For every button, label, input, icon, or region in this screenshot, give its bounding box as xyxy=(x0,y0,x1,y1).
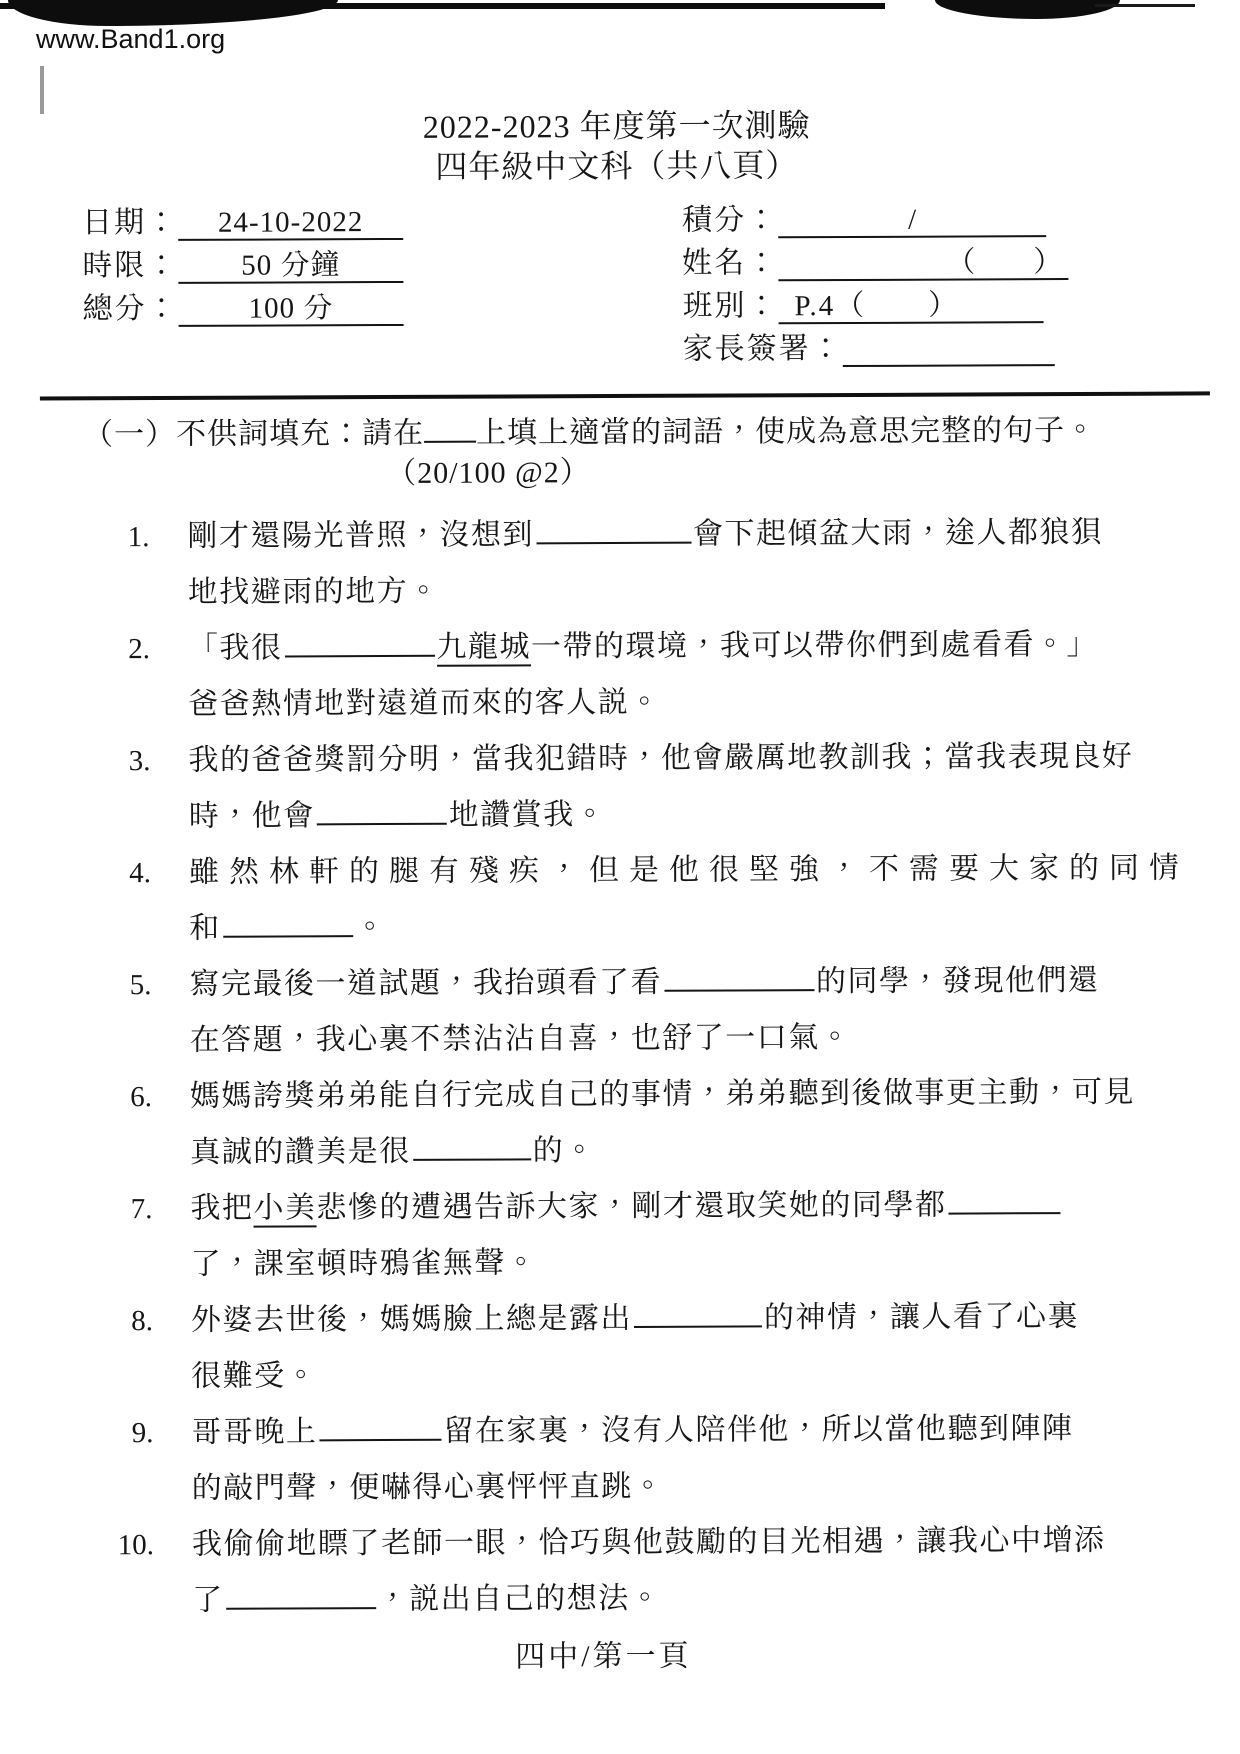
question-number: 2. xyxy=(84,621,154,733)
answer-blank-line xyxy=(634,1291,762,1328)
question-text: 我的爸爸獎罰分明，當我犯錯時，他會嚴厲地教訓我；當我表現良好 xyxy=(188,740,1133,777)
question-text: 一帶的環境，我可以帶你們到處看看。」 xyxy=(531,628,1098,663)
question-number: 1. xyxy=(83,509,153,621)
info-row-right-3: 家長簽署： xyxy=(683,322,1203,367)
question-number: 10. xyxy=(88,1517,158,1629)
question-number: 9. xyxy=(87,1405,157,1517)
info-fill-line: 100 分 xyxy=(178,288,403,327)
question-text: 我偷偷地瞟了老師一眼，恰巧與他鼓勵的目光相遇，讓我心中增添 xyxy=(192,1524,1106,1561)
question-line: 「我很九龍城一帶的環境，我可以帶你們到處看看。」 xyxy=(188,617,1098,677)
question-line: 媽媽誇獎弟弟能自行完成自己的事情，弟弟聽到後做事更主動，可見 xyxy=(190,1065,1135,1125)
info-label: 總分： xyxy=(82,283,178,327)
underlined-term: 九龍城 xyxy=(436,630,531,666)
header-info-left: 日期：24-10-2022時限：50 分鐘總分：100 分 xyxy=(82,196,603,370)
answer-blank-line xyxy=(664,955,814,992)
question-body: 外婆去世後，媽媽臉上總是露出的神情，讓人看了心裏很難受。 xyxy=(157,1289,1079,1405)
question-line: 真誠的讚美是很的。 xyxy=(190,1121,1135,1181)
question-text: 雖然林軒的腿有殘疾，但是他很堅強，不需要大家的同情 xyxy=(189,852,1189,889)
question-text: 的敲門聲，便嚇得心裏怦怦直跳。 xyxy=(192,1470,665,1505)
question-line: 外婆去世後，媽媽臉上總是露出的神情，讓人看了心裏 xyxy=(191,1289,1079,1349)
question-line: 我偷偷地瞟了老師一眼，恰巧與他鼓勵的目光相遇，讓我心中增添 xyxy=(192,1513,1106,1573)
info-label: 班別： xyxy=(682,280,778,324)
exam-paper-page: www.Band1.org 2022-2023 年度第一次測驗 四年級中文科（共… xyxy=(0,0,1240,1754)
info-row-right-0: 積分：/ xyxy=(682,193,1202,238)
underlined-term: 小美 xyxy=(253,1191,316,1227)
question-body: 「我很九龍城一帶的環境，我可以帶你們到處看看。」爸爸熱情地對遠道而來的客人説。 xyxy=(154,617,1098,733)
question-body: 我把小美悲慘的遭遇告訴大家，剛才還取笑她的同學都了，課室頓時鴉雀無聲。 xyxy=(156,1177,1062,1293)
question-line: 和。 xyxy=(189,897,1189,957)
question-list: 1.剛才還陽光普照，沒想到會下起傾盆大雨，途人都狼狽地找避雨的地方。2.「我很九… xyxy=(83,504,1208,1629)
question-number: 8. xyxy=(87,1293,157,1405)
question-text: 悲慘的遭遇告訴大家，剛才還取笑她的同學都 xyxy=(316,1189,946,1225)
question-row: 3.我的爸爸獎罰分明，當我犯錯時，他會嚴厲地教訓我；當我表現良好時，他會地讚賞我… xyxy=(84,728,1204,845)
question-text: 。 xyxy=(355,911,387,944)
question-line: 了，説出自己的想法。 xyxy=(192,1569,1106,1629)
question-body: 剛才還陽光普照，沒想到會下起傾盆大雨，途人都狼狽地找避雨的地方。 xyxy=(153,505,1102,621)
question-text: 「我很 xyxy=(188,631,283,664)
question-line: 我的爸爸獎罰分明，當我犯錯時，他會嚴厲地教訓我；當我表現良好 xyxy=(188,729,1133,789)
question-text: 的。 xyxy=(533,1134,596,1167)
question-body: 我偷偷地瞟了老師一眼，恰巧與他鼓勵的目光相遇，讓我心中增添了，説出自己的想法。 xyxy=(158,1513,1106,1629)
question-number: 6. xyxy=(86,1069,156,1181)
question-text: 寫完最後一道試題，我抬頭看了看 xyxy=(189,966,662,1001)
header-info: 日期：24-10-2022時限：50 分鐘總分：100 分 積分：/姓名：（ ）… xyxy=(0,193,1238,370)
info-fill-line: P.4（ ） xyxy=(778,285,1043,324)
section-marks: （20/100 @2） xyxy=(386,450,1238,494)
question-text: 的同學，發現他們還 xyxy=(816,964,1100,998)
question-line: 剛才還陽光普照，沒想到會下起傾盆大雨，途人都狼狽 xyxy=(187,505,1102,565)
question-row: 8.外婆去世後，媽媽臉上總是露出的神情，讓人看了心裏很難受。 xyxy=(87,1288,1207,1405)
scanned-document: 2022-2023 年度第一次測驗 四年級中文科（共八頁） 日期：24-10-2… xyxy=(0,0,1240,1754)
question-row: 5.寫完最後一道試題，我抬頭看了看的同學，發現他們還在答題，我心裏不禁沾沾自喜，… xyxy=(85,952,1205,1069)
header-info-right: 積分：/姓名：（ ）班別：P.4（ ）家長簽署： xyxy=(682,193,1203,367)
section-heading-inline-blank xyxy=(424,411,476,443)
exam-title-line1: 2022-2023 年度第一次測驗 xyxy=(0,103,1237,148)
question-number: 4. xyxy=(85,845,155,957)
info-fill-line xyxy=(843,328,1055,367)
answer-blank-line xyxy=(319,1405,441,1442)
question-row: 4.雖然林軒的腿有殘疾，但是他很堅強，不需要大家的同情和。 xyxy=(85,840,1205,957)
question-text: 在答題，我心裏不禁沾沾自喜，也舒了一口氣。 xyxy=(190,1021,852,1057)
question-body: 我的爸爸獎罰分明，當我犯錯時，他會嚴厲地教訓我；當我表現良好時，他會地讚賞我。 xyxy=(154,729,1133,845)
answer-blank-line xyxy=(317,789,447,826)
question-number: 5. xyxy=(85,957,155,1069)
question-row: 10.我偷偷地瞟了老師一眼，恰巧與他鼓勵的目光相遇，讓我心中增添了，説出自己的想… xyxy=(88,1512,1208,1629)
answer-blank-line xyxy=(536,508,691,545)
info-fill-line: 50 分鐘 xyxy=(178,245,403,284)
info-row-right-2: 班別：P.4（ ） xyxy=(682,279,1202,324)
question-text: 留在家裏，沒有人陪伴他，所以當他聽到陣陣 xyxy=(443,1412,1073,1448)
info-label: 姓名： xyxy=(682,237,778,281)
question-line: 我把小美悲慘的遭遇告訴大家，剛才還取笑她的同學都 xyxy=(190,1177,1062,1237)
question-number: 7. xyxy=(86,1181,156,1293)
info-row-left-2: 總分：100 分 xyxy=(82,282,602,327)
info-row-left-0: 日期：24-10-2022 xyxy=(82,196,602,241)
question-text: 了，課室頓時鴉雀無聲。 xyxy=(191,1246,538,1281)
question-text: 地讚賞我。 xyxy=(449,798,607,832)
question-line: 雖然林軒的腿有殘疾，但是他很堅強，不需要大家的同情 xyxy=(189,841,1189,901)
section-heading: （一）不供詞填充：請在上填上適當的詞語，使成為意思完整的句子。 xyxy=(83,407,1238,455)
answer-blank-line xyxy=(413,1124,531,1161)
question-text: 的神情，讓人看了心裏 xyxy=(764,1300,1079,1334)
answer-blank-line xyxy=(223,901,353,938)
question-text: 和 xyxy=(189,912,221,945)
info-label: 積分： xyxy=(682,194,778,238)
question-text: 了 xyxy=(192,1584,224,1617)
answer-blank-line xyxy=(226,1573,376,1610)
question-text: 哥哥晚上 xyxy=(191,1415,317,1449)
section-heading-prefix: （一）不供詞填充：請在 xyxy=(83,417,424,451)
question-body: 雖然林軒的腿有殘疾，但是他很堅強，不需要大家的同情和。 xyxy=(155,841,1189,958)
info-row-right-1: 姓名：（ ） xyxy=(682,236,1202,281)
question-number: 3. xyxy=(84,733,154,845)
question-body: 寫完最後一道試題，我抬頭看了看的同學，發現他們還在答題，我心裏不禁沾沾自喜，也舒… xyxy=(155,953,1099,1069)
section-heading-suffix: 上填上適當的詞語，使成為意思完整的句子。 xyxy=(476,414,1096,450)
info-row-left-1: 時限：50 分鐘 xyxy=(82,239,602,284)
info-label: 日期： xyxy=(82,197,178,241)
section-divider-rule xyxy=(40,391,1210,400)
question-text: 剛才還陽光普照，沒想到 xyxy=(187,518,534,553)
question-text: 媽媽誇獎弟弟能自行完成自己的事情，弟弟聽到後做事更主動，可見 xyxy=(190,1076,1135,1113)
question-text: 我把 xyxy=(190,1192,253,1225)
info-fill-line: （ ） xyxy=(778,242,1068,281)
question-row: 2.「我很九龍城一帶的環境，我可以帶你們到處看看。」爸爸熱情地對遠道而來的客人説… xyxy=(84,616,1204,733)
info-label: 時限： xyxy=(82,240,178,284)
question-text: 真誠的讚美是很 xyxy=(190,1135,411,1169)
question-line: 的敲門聲，便嚇得心裏怦怦直跳。 xyxy=(192,1457,1074,1517)
question-row: 6.媽媽誇獎弟弟能自行完成自己的事情，弟弟聽到後做事更主動，可見真誠的讚美是很的… xyxy=(86,1064,1206,1181)
question-row: 9.哥哥晚上留在家裏，沒有人陪伴他，所以當他聽到陣陣的敲門聲，便嚇得心裏怦怦直跳… xyxy=(87,1400,1207,1517)
question-text: 很難受。 xyxy=(191,1359,317,1393)
info-fill-line: / xyxy=(778,199,1046,238)
question-text: 會下起傾盆大雨，途人都狼狽 xyxy=(693,516,1103,551)
info-fill-line: 24-10-2022 xyxy=(178,202,403,241)
question-line: 了，課室頓時鴉雀無聲。 xyxy=(191,1233,1063,1293)
question-line: 爸爸熱情地對遠道而來的客人説。 xyxy=(188,673,1098,733)
question-line: 時，他會地讚賞我。 xyxy=(189,785,1134,845)
question-line: 地找避雨的地方。 xyxy=(188,561,1103,621)
question-row: 1.剛才還陽光普照，沒想到會下起傾盆大雨，途人都狼狽地找避雨的地方。 xyxy=(83,504,1203,621)
info-label: 家長簽署： xyxy=(683,323,843,368)
question-row: 7.我把小美悲慘的遭遇告訴大家，剛才還取笑她的同學都了，課室頓時鴉雀無聲。 xyxy=(86,1176,1206,1293)
question-text: 時，他會 xyxy=(189,799,315,833)
question-text: 地找避雨的地方。 xyxy=(188,575,440,609)
answer-blank-line xyxy=(948,1178,1060,1214)
question-line: 哥哥晚上留在家裏，沒有人陪伴他，所以當他聽到陣陣 xyxy=(191,1401,1073,1461)
question-text: ，説出自己的想法。 xyxy=(378,1582,662,1616)
question-body: 媽媽誇獎弟弟能自行完成自己的事情，弟弟聽到後做事更主動，可見真誠的讚美是很的。 xyxy=(156,1065,1135,1181)
page-footer: 四中/第一頁 xyxy=(43,1629,1163,1678)
question-line: 寫完最後一道試題，我抬頭看了看的同學，發現他們還 xyxy=(189,953,1099,1013)
answer-blank-line xyxy=(284,621,434,658)
exam-title-line2: 四年級中文科（共八頁） xyxy=(0,143,1237,188)
question-line: 很難受。 xyxy=(191,1345,1079,1405)
question-line: 在答題，我心裏不禁沾沾自喜，也舒了一口氣。 xyxy=(190,1009,1100,1069)
question-text: 爸爸熱情地對遠道而來的客人説。 xyxy=(188,686,661,721)
question-text: 外婆去世後，媽媽臉上總是露出 xyxy=(191,1302,632,1337)
question-body: 哥哥晚上留在家裏，沒有人陪伴他，所以當他聽到陣陣的敲門聲，便嚇得心裏怦怦直跳。 xyxy=(157,1401,1073,1517)
